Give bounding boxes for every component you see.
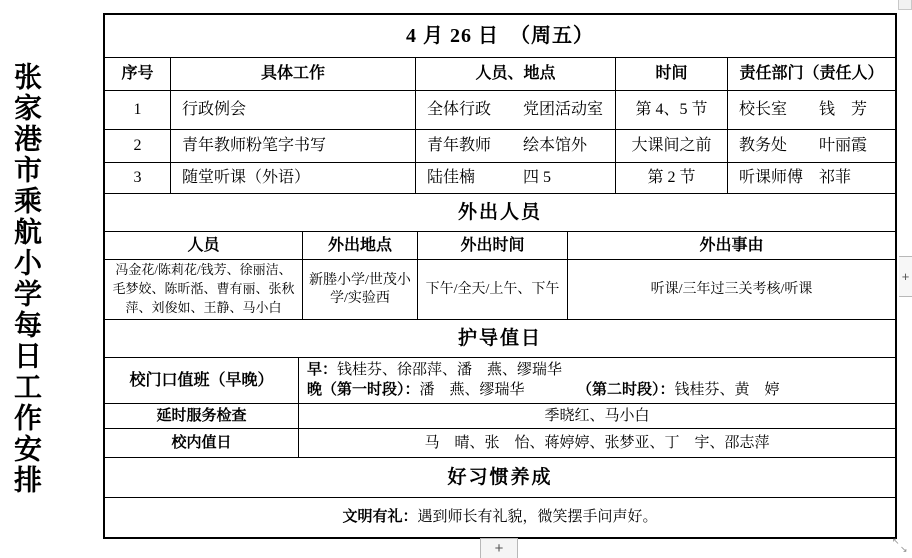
cell-out-place[interactable]: 新塍小学/世茂小学/实验西 <box>302 260 417 319</box>
col-header-out-place[interactable]: 外出地点 <box>302 232 417 259</box>
cell-dept[interactable]: 教务处 叶丽霞 <box>727 130 895 162</box>
habit-text: 遇到师长有礼貌，微笑摆手问声好。 <box>418 508 658 527</box>
col-header-out-time[interactable]: 外出时间 <box>417 232 567 259</box>
habit-section-title[interactable]: 好习惯养成 <box>105 458 895 497</box>
col-header-out-reason[interactable]: 外出事由 <box>567 232 895 259</box>
date-title[interactable]: 4 月 26 日 （周五） <box>105 15 895 57</box>
date-title-row: 4 月 26 日 （周五） <box>105 15 895 57</box>
cell-no[interactable]: 3 <box>105 163 170 193</box>
page-title: 张家港市乘航小学每日工作安排 <box>6 62 44 502</box>
daily-schedule-table: 4 月 26 日 （周五） 序号 具体工作 人员、地点 时间 责任部门（责任人）… <box>103 13 897 539</box>
habit-content-row: 文明有礼：遇到师长有礼貌，微笑摆手问声好。 <box>105 497 895 537</box>
cell-no[interactable]: 2 <box>105 130 170 162</box>
cell-time[interactable]: 大课间之前 <box>615 130 727 162</box>
cell-out-time[interactable]: 下午/全天/上午、下午 <box>417 260 567 319</box>
campus-duty-label[interactable]: 校内值日 <box>105 429 298 457</box>
table-row: 1 行政例会 全体行政 党团活动室 第 4、5 节 校长室 钱 芳 <box>105 90 895 129</box>
gate-morning-label: 早： <box>307 362 337 378</box>
document-canvas: 张家港市乘航小学每日工作安排 4 月 26 日 （周五） 序号 具体工作 人员、… <box>0 0 912 558</box>
cell-task[interactable]: 随堂听课（外语） <box>170 163 415 193</box>
escort-section-title[interactable]: 护导值日 <box>105 320 895 357</box>
schedule-header-row: 序号 具体工作 人员、地点 时间 责任部门（责任人） <box>105 57 895 90</box>
outgoing-header-row: 人员 外出地点 外出时间 外出事由 <box>105 231 895 259</box>
resize-se-arrow-icon: ↘ <box>900 546 908 555</box>
table-resize-handle[interactable]: ↖ ↘ <box>890 536 912 558</box>
habit-label: 文明有礼： <box>342 508 417 527</box>
resize-nw-arrow-icon: ↖ <box>892 538 900 547</box>
cell-people-place[interactable]: 全体行政 党团活动室 <box>415 91 615 129</box>
col-header-task[interactable]: 具体工作 <box>170 58 415 90</box>
cell-task[interactable]: 青年教师粉笔字书写 <box>170 130 415 162</box>
table-row: 3 随堂听课（外语） 陆佳楠 四 5 第 2 节 听课师傅 祁菲 <box>105 162 895 193</box>
vertical-scrollbar-fragment[interactable] <box>898 0 912 10</box>
cell-dept[interactable]: 听课师傅 祁菲 <box>727 163 895 193</box>
col-header-time[interactable]: 时间 <box>615 58 727 90</box>
add-column-button[interactable]: + <box>899 256 912 297</box>
gate-morning-names: 钱桂芬、徐邵萍、潘 燕、缪瑞华 <box>337 362 562 378</box>
table-row: 2 青年教师粉笔字书写 青年教师 绘本馆外 大课间之前 教务处 叶丽霞 <box>105 129 895 162</box>
cell-out-reason[interactable]: 听课/三年过三关考核/听课 <box>567 260 895 319</box>
gate-duty-row: 校门口值班（早晚） 早：钱桂芬、徐邵萍、潘 燕、缪瑞华 晚（第一时段）：潘 燕、… <box>105 357 895 403</box>
gate-morning-line: 早：钱桂芬、徐邵萍、潘 燕、缪瑞华 <box>307 360 895 380</box>
gate-evening-names2: 钱桂芬、黄 婷 <box>675 382 780 398</box>
escort-section-row: 护导值日 <box>105 319 895 357</box>
col-header-no[interactable]: 序号 <box>105 58 170 90</box>
col-header-dept[interactable]: 责任部门（责任人） <box>727 58 895 90</box>
gate-evening-line: 晚（第一时段）：潘 燕、缪瑞华 （第二时段）：钱桂芬、黄 婷 <box>307 380 895 400</box>
gate-duty-label[interactable]: 校门口值班（早晚） <box>105 358 298 403</box>
gate-evening-label2: （第二时段）： <box>585 382 675 398</box>
outgoing-section-row: 外出人员 <box>105 193 895 231</box>
cell-out-people[interactable]: 冯金花/陈莉花/钱芳、徐丽洁、毛梦姣、陈昕湉、曹有丽、张秋萍、刘俊如、王静、马小… <box>105 260 302 319</box>
delay-service-label[interactable]: 延时服务检查 <box>105 404 298 428</box>
delay-service-row: 延时服务检查 季晓红、马小白 <box>105 403 895 428</box>
col-header-people-place[interactable]: 人员、地点 <box>415 58 615 90</box>
cell-no[interactable]: 1 <box>105 91 170 129</box>
cell-dept[interactable]: 校长室 钱 芳 <box>727 91 895 129</box>
habit-section-row: 好习惯养成 <box>105 457 895 497</box>
campus-duty-row: 校内值日 马 晴、张 怡、蒋婷婷、张梦亚、丁 宇、邵志萍 <box>105 428 895 457</box>
cell-task[interactable]: 行政例会 <box>170 91 415 129</box>
outgoing-section-title[interactable]: 外出人员 <box>105 194 895 231</box>
cell-people-place[interactable]: 青年教师 绘本馆外 <box>415 130 615 162</box>
cell-time[interactable]: 第 2 节 <box>615 163 727 193</box>
outgoing-data-row: 冯金花/陈莉花/钱芳、徐丽洁、毛梦姣、陈昕湉、曹有丽、张秋萍、刘俊如、王静、马小… <box>105 259 895 319</box>
delay-service-content[interactable]: 季晓红、马小白 <box>298 404 895 428</box>
gate-evening-names1: 潘 燕、缪瑞华 <box>420 382 585 398</box>
habit-content[interactable]: 文明有礼：遇到师长有礼貌，微笑摆手问声好。 <box>105 498 895 537</box>
cell-people-place[interactable]: 陆佳楠 四 5 <box>415 163 615 193</box>
cell-time[interactable]: 第 4、5 节 <box>615 91 727 129</box>
col-header-out-people[interactable]: 人员 <box>105 232 302 259</box>
gate-duty-content[interactable]: 早：钱桂芬、徐邵萍、潘 燕、缪瑞华 晚（第一时段）：潘 燕、缪瑞华 （第二时段）… <box>298 358 895 403</box>
add-row-button[interactable]: + <box>480 538 518 558</box>
gate-evening-label1: 晚（第一时段）： <box>307 382 420 398</box>
campus-duty-content[interactable]: 马 晴、张 怡、蒋婷婷、张梦亚、丁 宇、邵志萍 <box>298 429 895 457</box>
